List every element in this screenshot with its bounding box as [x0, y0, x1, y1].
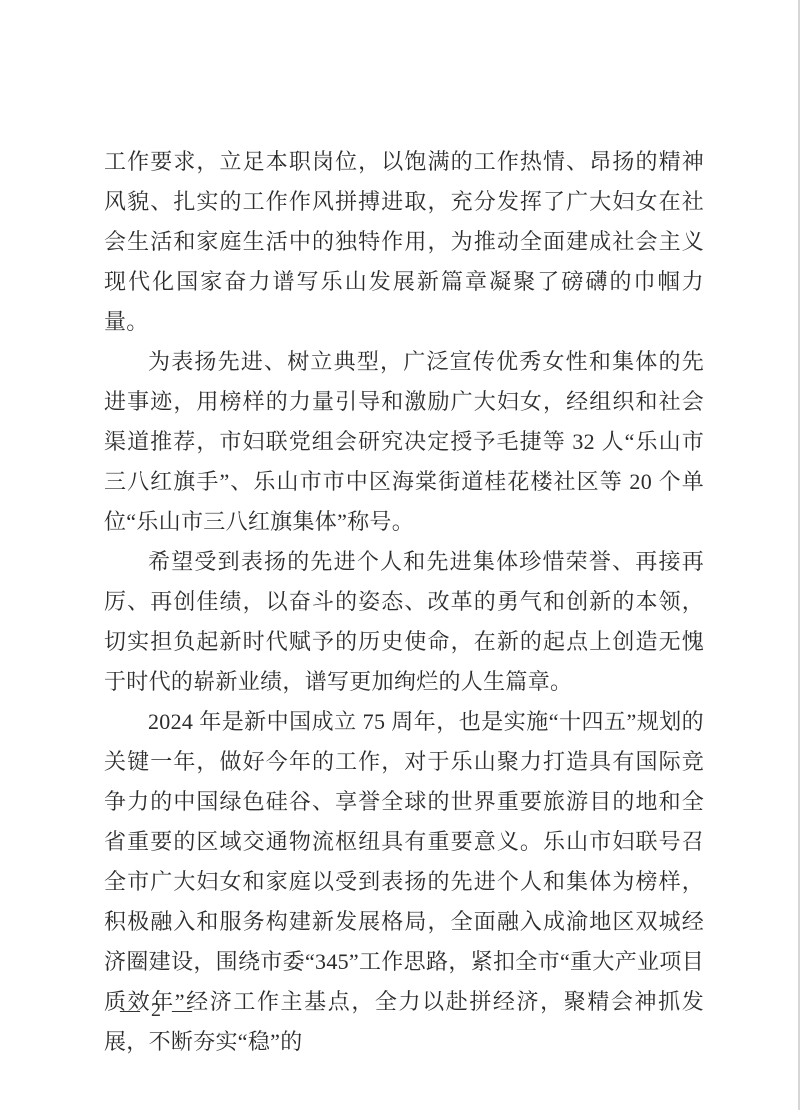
page-number: — 2 — [120, 996, 195, 1024]
paragraph-1: 工作要求，立足本职岗位，以饱满的工作热情、昂扬的精神风貌、扎实的工作作风拼搏进取… [104, 142, 704, 342]
paragraph-3: 希望受到表扬的先进个人和先进集体珍惜荣誉、再接再厉、再创佳绩，以奋斗的姿态、改革… [104, 542, 704, 702]
paragraph-2: 为表扬先进、树立典型，广泛宣传优秀女性和集体的先进事迹，用榜样的力量引导和激励广… [104, 342, 704, 542]
document-page: 工作要求，立足本职岗位，以饱满的工作热情、昂扬的精神风貌、扎实的工作作风拼搏进取… [0, 0, 800, 1110]
document-body: 工作要求，立足本职岗位，以饱满的工作热情、昂扬的精神风貌、扎实的工作作风拼搏进取… [104, 142, 704, 1062]
